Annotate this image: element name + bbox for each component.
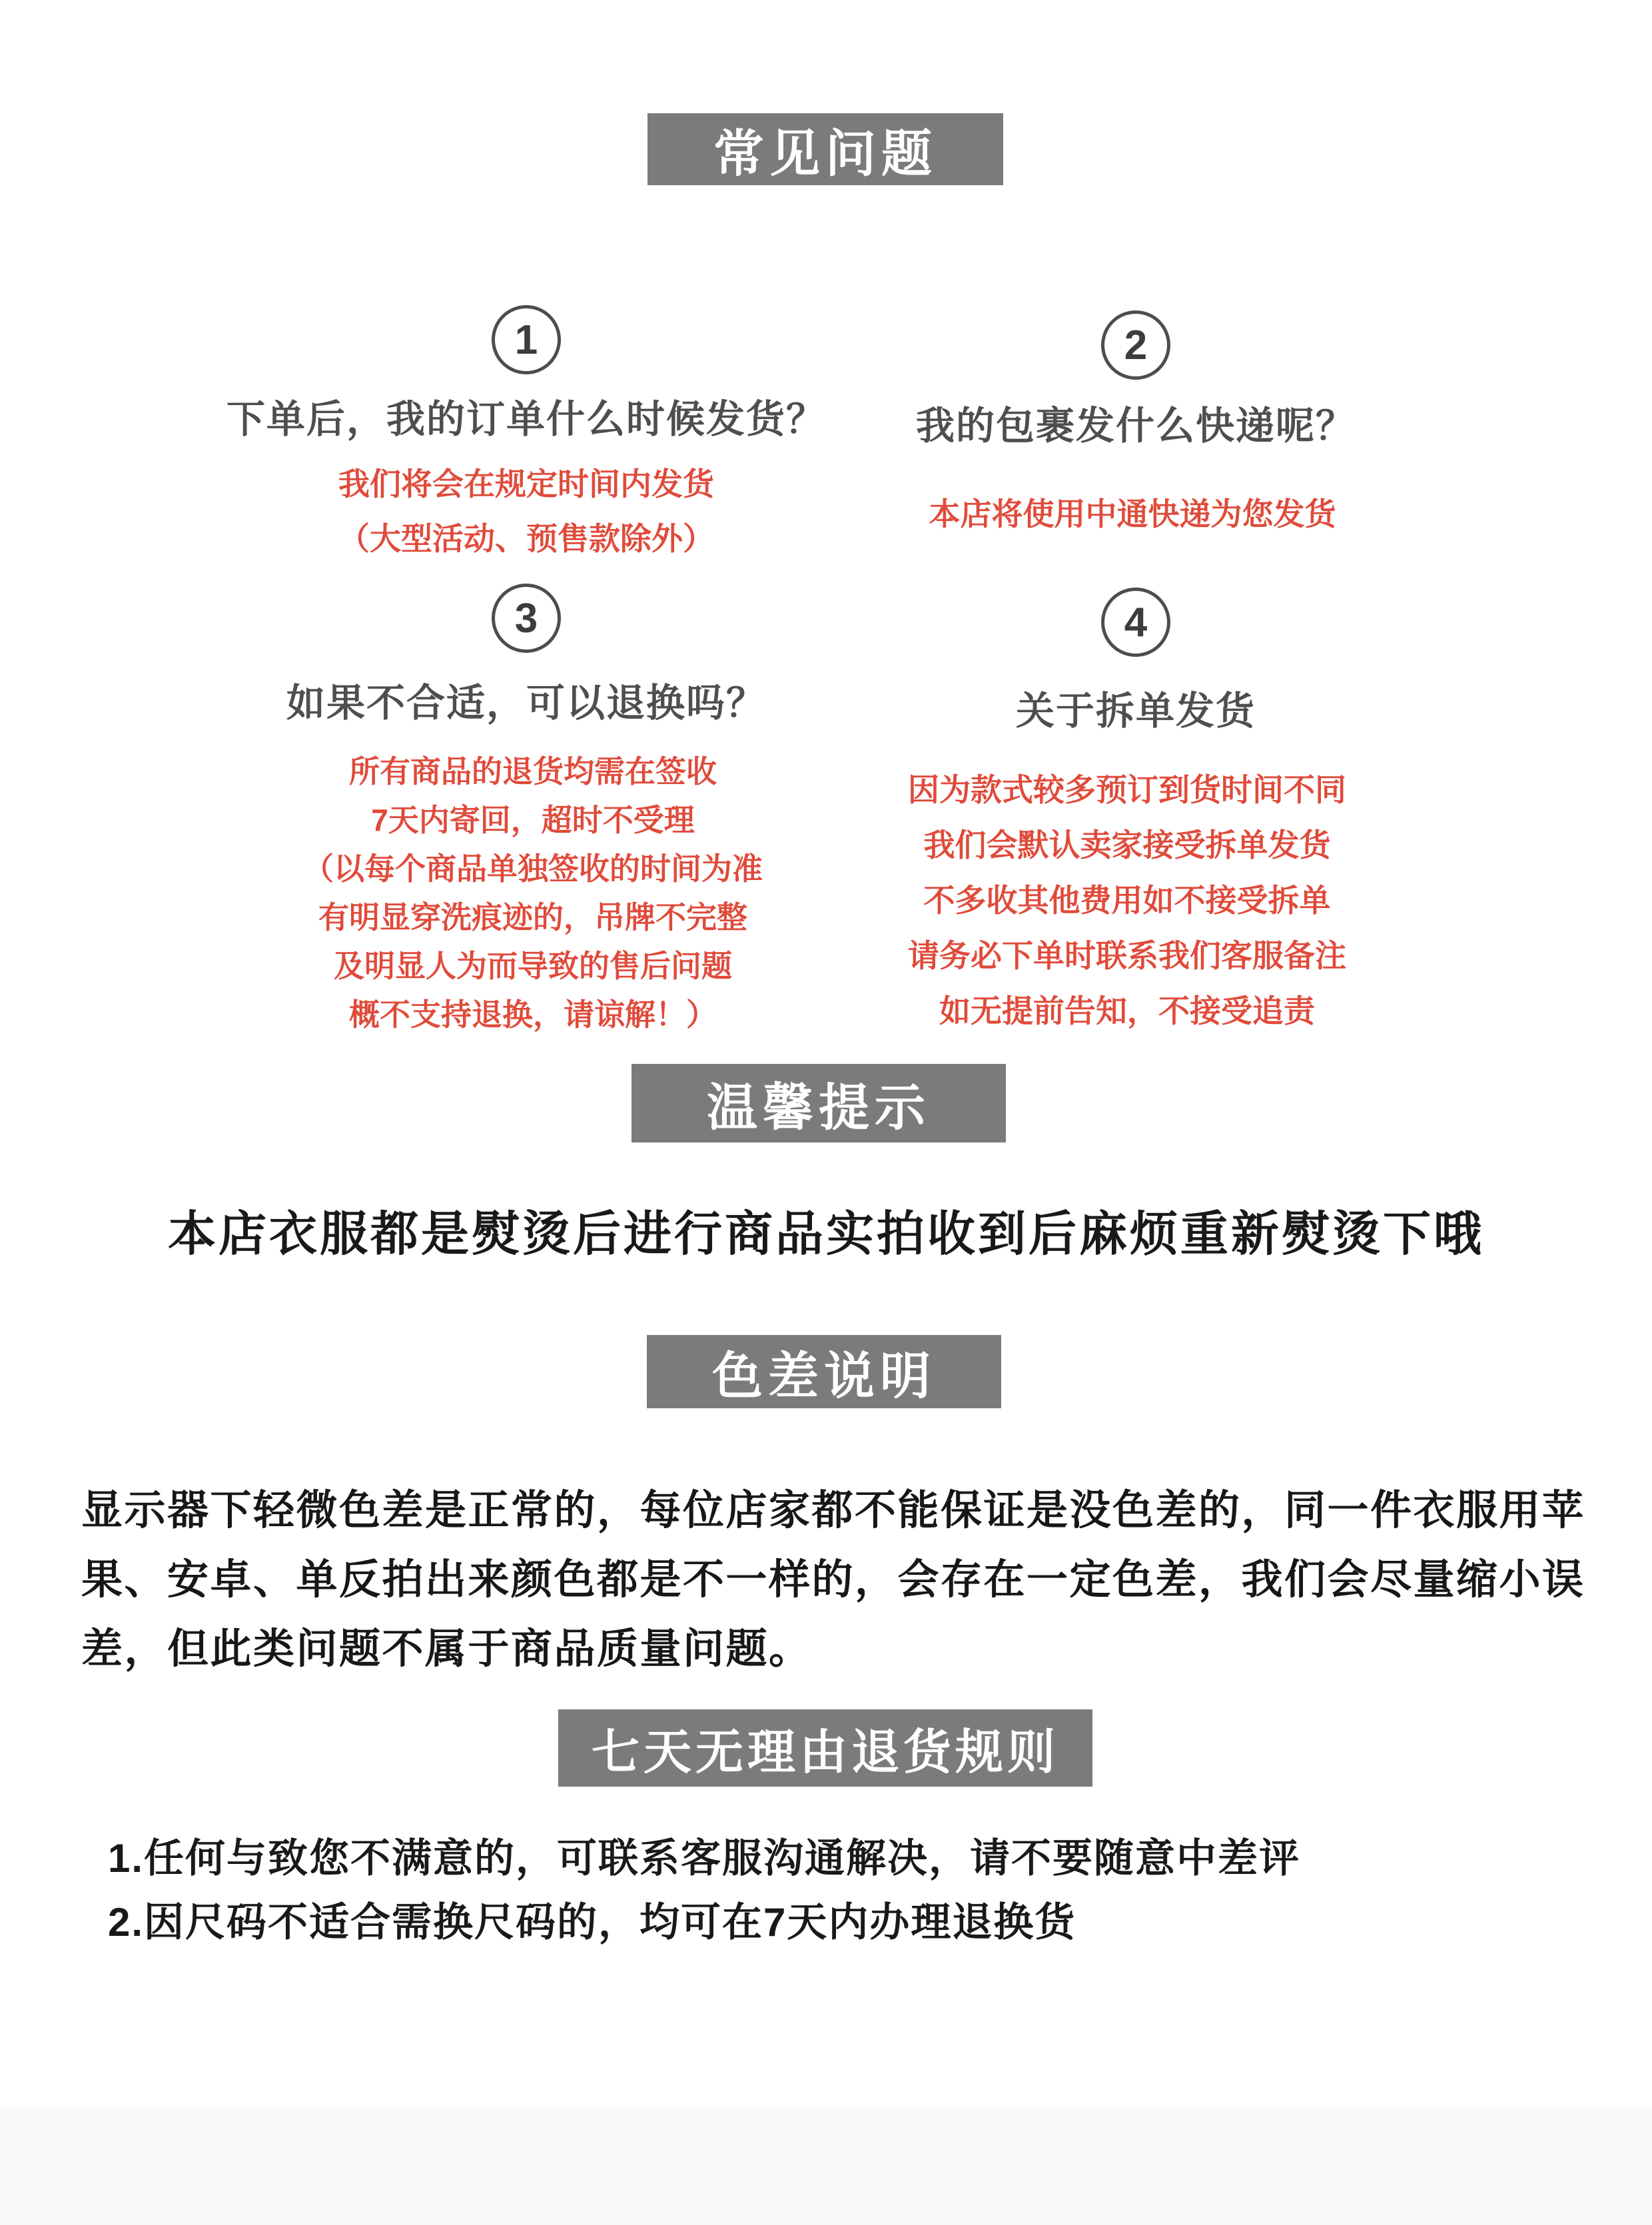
- warm-tip-title: 温馨提示: [631, 1064, 1006, 1142]
- faq-q1-question: 下单后，我的订单什么时候发货？: [226, 388, 826, 444]
- faq-q1-answer-line: 我们将会在规定时间内发货: [338, 457, 714, 512]
- faq-q2-answer-line: 本店将使用中通快递为您发货: [929, 494, 1336, 534]
- faq-q2-question: 我的包裹发什么快递呢？: [916, 394, 1356, 450]
- return-policy-rule: 1.任何与致您不满意的，可联系客服沟通解决，请不要随意中差评: [108, 1827, 1300, 1891]
- bottom-background-strip: [0, 2107, 1652, 2225]
- faq-q3-question: 如果不合适，可以退换吗？: [286, 671, 766, 727]
- faq-q4-number-circle: 4: [1101, 588, 1170, 657]
- faq-q3-answer-line: 有明显穿洗痕迹的，吊牌不完整: [303, 893, 763, 942]
- faq-q4-answer-line: 如无提前告知，不接受追责: [908, 983, 1346, 1039]
- faq-q3-answer-line: 及明显人为而导致的售后问题: [303, 942, 763, 991]
- return-policy-rule: 2.因尺码不适合需换尺码的，均可在7天内办理退换货: [108, 1891, 1300, 1955]
- faq-q4-answer: 因为款式较多预订到货时间不同 我们会默认卖家接受拆单发货 不多收其他费用如不接受…: [908, 762, 1346, 1039]
- faq-q3-number-circle: 3: [492, 584, 561, 653]
- color-note-title: 色差说明: [647, 1335, 1001, 1408]
- color-note-body-line: 差，但此类问题不属于商品质量问题。: [81, 1615, 1585, 1684]
- faq-q2-number-circle: 2: [1101, 310, 1170, 380]
- return-policy-rules: 1.任何与致您不满意的，可联系客服沟通解决，请不要随意中差评 2.因尺码不适合需…: [108, 1827, 1300, 1955]
- color-note-body-line: 显示器下轻微色差是正常的，每位店家都不能保证是没色差的，同一件衣服用苹: [81, 1476, 1585, 1546]
- faq-q4-question: 关于拆单发货: [1016, 679, 1256, 735]
- faq-q3-answer: 所有商品的退货均需在签收 7天内寄回，超时不受理 （以每个商品单独签收的时间为准…: [303, 747, 763, 1039]
- faq-q3-answer-line: 7天内寄回，超时不受理: [303, 796, 763, 845]
- warm-tip-body: 本店衣服都是熨烫后进行商品实拍收到后麻烦重新熨烫下哦: [168, 1195, 1484, 1264]
- return-policy-title: 七天无理由退货规则: [558, 1709, 1092, 1787]
- faq-q4-answer-line: 我们会默认卖家接受拆单发货: [908, 817, 1346, 873]
- faq-q1-number-circle: 1: [492, 305, 561, 374]
- faq-q1-answer: 我们将会在规定时间内发货 （大型活动、预售款除外）: [338, 457, 714, 566]
- color-note-body: 显示器下轻微色差是正常的，每位店家都不能保证是没色差的，同一件衣服用苹 果、安卓…: [81, 1476, 1585, 1684]
- faq-section-title: 常见问题: [647, 113, 1003, 185]
- faq-q4-answer-line: 请务必下单时联系我们客服备注: [908, 928, 1346, 983]
- color-note-body-line: 果、安卓、单反拍出来颜色都是不一样的，会存在一定色差，我们会尽量缩小误: [81, 1546, 1585, 1615]
- faq-q2-answer: 本店将使用中通快递为您发货: [929, 494, 1336, 534]
- faq-q1-answer-line: （大型活动、预售款除外）: [338, 512, 714, 566]
- product-notice-page: 常见问题 1 下单后，我的订单什么时候发货？ 我们将会在规定时间内发货 （大型活…: [0, 0, 1652, 2225]
- faq-q3-answer-line: 概不支持退换，请谅解！）: [303, 991, 763, 1039]
- faq-q4-answer-line: 因为款式较多预订到货时间不同: [908, 762, 1346, 817]
- faq-q4-answer-line: 不多收其他费用如不接受拆单: [908, 873, 1346, 928]
- faq-q3-answer-line: （以每个商品单独签收的时间为准: [303, 845, 763, 893]
- faq-q3-answer-line: 所有商品的退货均需在签收: [303, 747, 763, 796]
